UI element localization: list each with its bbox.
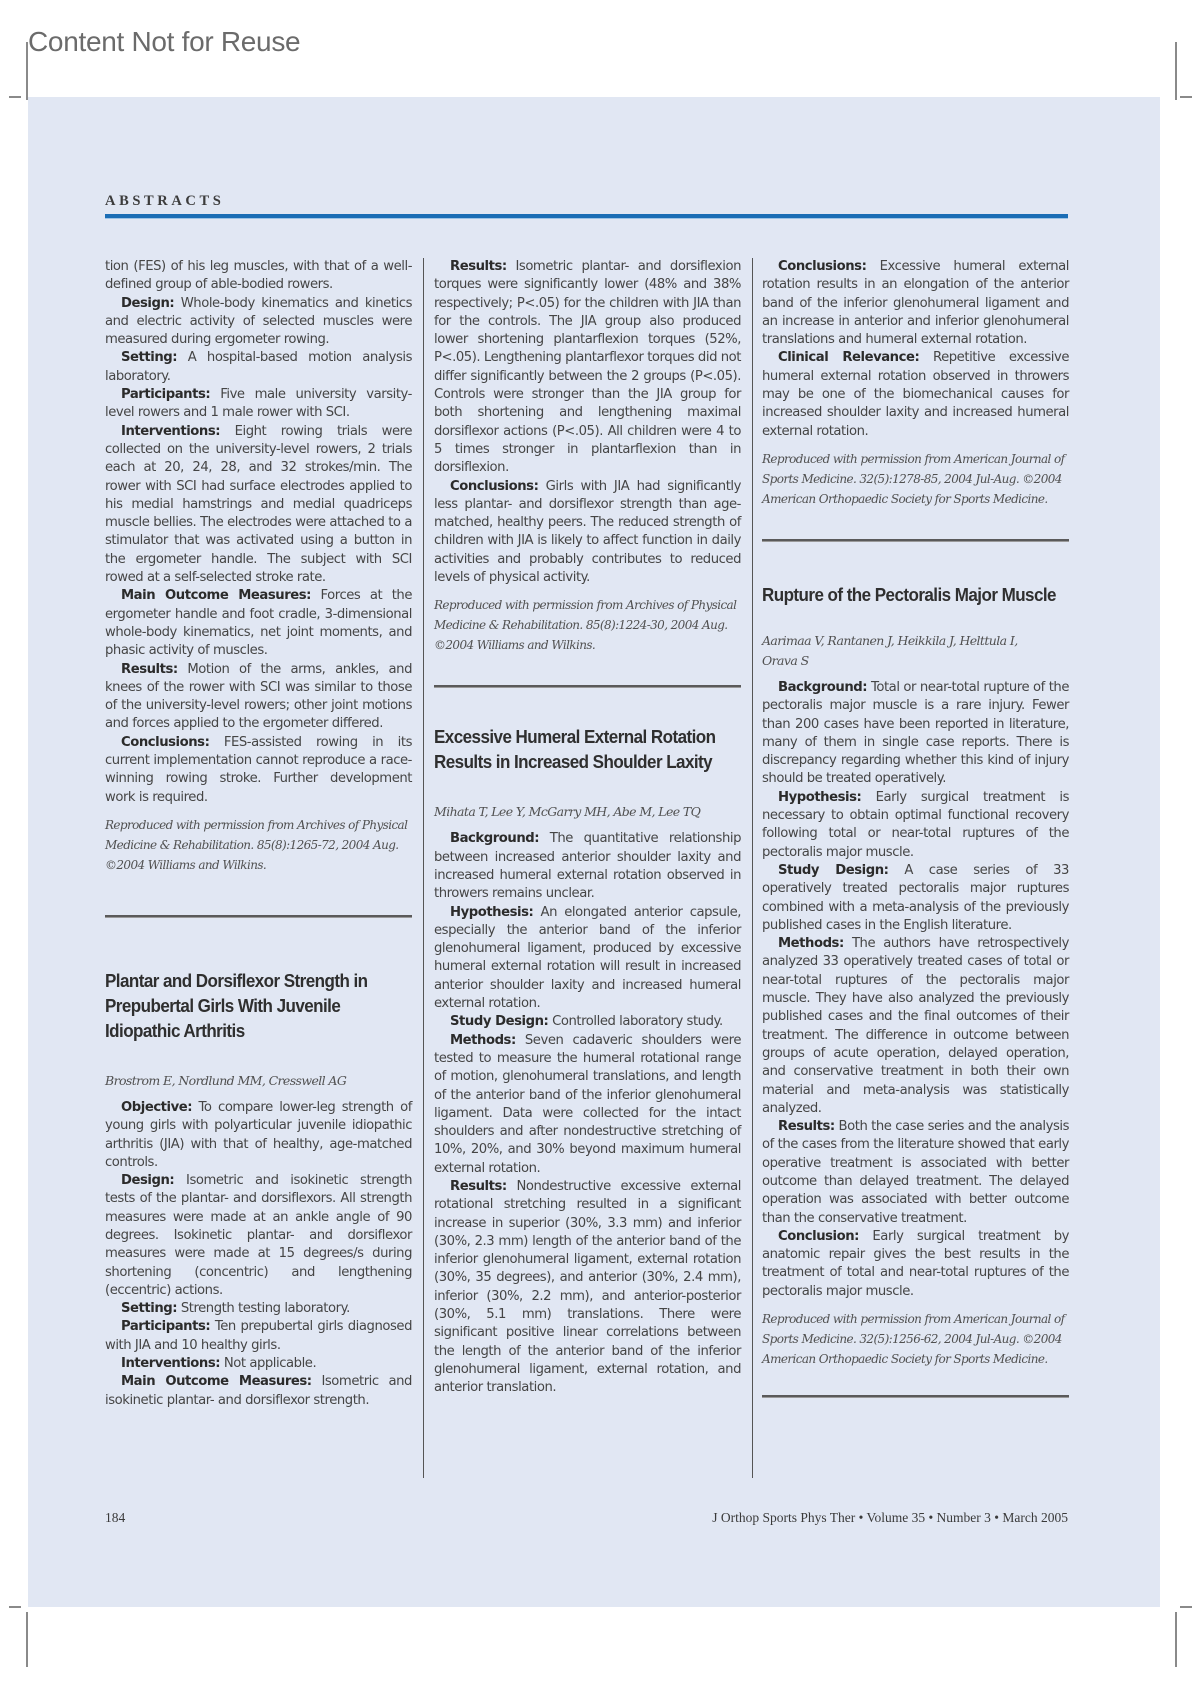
journal-citation-footer: J Orthop Sports Phys Ther • Volume 35 • …	[712, 1510, 1068, 1526]
article-authors: Brostrom E, Nordlund MM, Cresswell AG	[105, 1071, 412, 1091]
paragraph-label: Study Design:	[778, 863, 888, 878]
abstract-paragraph: Main Outcome Measures: Forces at the erg…	[105, 587, 412, 660]
article-title: Rupture of the Pectoralis Major Muscle	[762, 582, 1066, 607]
header-rule	[105, 214, 1068, 219]
paragraph-label: Conclusions:	[450, 479, 538, 494]
paragraph-label: Results:	[778, 1119, 835, 1134]
crop-mark	[1180, 96, 1192, 98]
abstract-paragraph: Setting: A hospital-based motion analysi…	[105, 349, 412, 386]
abstract-paragraph: Design: Isometric and isokinetic strengt…	[105, 1172, 412, 1300]
crop-mark	[1175, 1612, 1177, 1667]
paragraph-label: Design:	[121, 296, 174, 311]
paragraph-label: Main Outcome Measures:	[121, 588, 311, 603]
paragraph-label: Hypothesis:	[778, 790, 861, 805]
abstract-paragraph: Conclusion: Early surgical treatment by …	[762, 1228, 1069, 1301]
abstract-paragraph: Results: Both the case series and the an…	[762, 1118, 1069, 1228]
citation: Reproduced with permission from American…	[762, 1309, 1069, 1369]
crop-mark	[26, 42, 28, 100]
paragraph-label: Clinical Relevance:	[778, 350, 919, 365]
article-separator	[105, 915, 412, 918]
continued-text: tion (FES) of his leg muscles, with that…	[105, 258, 412, 295]
column-3: Conclusions: Excessive humeral external …	[762, 258, 1069, 1398]
abstract-paragraph: Interventions: Not applicable.	[105, 1355, 412, 1373]
paragraph-label: Main Outcome Measures:	[121, 1374, 312, 1389]
page-number: 184	[105, 1510, 125, 1526]
section-header: ABSTRACTS	[105, 193, 224, 210]
citation: Reproduced with permission from Archives…	[105, 815, 412, 875]
watermark: Content Not for Reuse	[28, 26, 300, 58]
column-divider	[752, 258, 753, 1478]
paragraph-label: Background:	[450, 831, 539, 846]
crop-mark	[26, 1612, 28, 1667]
abstract-paragraph: Results: Motion of the arms, ankles, and…	[105, 661, 412, 734]
abstract-paragraph: Participants: Five male university varsi…	[105, 386, 412, 423]
paragraph-label: Conclusions:	[778, 259, 866, 274]
abstract-paragraph: Clinical Relevance: Repetitive excessive…	[762, 349, 1069, 440]
column-divider	[423, 258, 424, 1478]
abstract-paragraph: Results: Nondestructive excessive extern…	[434, 1178, 741, 1398]
crop-mark	[9, 96, 21, 98]
column-2: Results: Isometric plantar- and dorsifle…	[434, 258, 741, 1398]
paragraph-label: Conclusions:	[121, 735, 209, 750]
paragraph-label: Participants:	[121, 387, 210, 402]
abstract-paragraph: Setting: Strength testing laboratory.	[105, 1300, 412, 1318]
abstract-paragraph: Methods: The authors have retrospectivel…	[762, 935, 1069, 1118]
paragraph-label: Conclusion:	[778, 1229, 859, 1244]
citation: Reproduced with permission from American…	[762, 449, 1069, 509]
abstract-paragraph: Interventions: Eight rowing trials were …	[105, 423, 412, 588]
paragraph-label: Results:	[121, 662, 178, 677]
paragraph-label: Design:	[121, 1173, 174, 1188]
crop-mark	[1180, 1606, 1192, 1608]
paragraph-label: Interventions:	[121, 424, 220, 439]
abstract-paragraph: Study Design: A case series of 33 operat…	[762, 862, 1069, 935]
article-separator	[762, 1395, 1069, 1398]
column-1: tion (FES) of his leg muscles, with that…	[105, 258, 412, 1410]
paragraph-label: Hypothesis:	[450, 905, 533, 920]
crop-mark	[9, 1606, 21, 1608]
paragraph-label: Results:	[450, 259, 507, 274]
abstract-paragraph: Results: Isometric plantar- and dorsifle…	[434, 258, 741, 478]
paragraph-label: Study Design:	[450, 1014, 548, 1029]
abstract-paragraph: Participants: Ten prepubertal girls diag…	[105, 1318, 412, 1355]
abstract-paragraph: Design: Whole-body kinematics and kineti…	[105, 295, 412, 350]
paragraph-label: Methods:	[778, 936, 844, 951]
citation: Reproduced with permission from Archives…	[434, 595, 741, 655]
abstract-paragraph: Hypothesis: Early surgical treatment is …	[762, 789, 1069, 862]
crop-mark	[1175, 42, 1177, 100]
paragraph-label: Interventions:	[121, 1356, 220, 1371]
abstract-paragraph: Conclusions: Girls with JIA had signific…	[434, 478, 741, 588]
abstract-paragraph: Conclusions: Excessive humeral external …	[762, 258, 1069, 349]
paragraph-label: Setting:	[121, 1301, 177, 1316]
abstract-paragraph: Main Outcome Measures: Isometric and iso…	[105, 1373, 412, 1410]
paragraph-label: Methods:	[450, 1033, 516, 1048]
paragraph-label: Objective:	[121, 1100, 192, 1115]
article-separator	[434, 685, 741, 688]
abstract-paragraph: Conclusions: FES-assisted rowing in its …	[105, 734, 412, 807]
abstract-paragraph: Methods: Seven cadaveric shoulders were …	[434, 1032, 741, 1178]
article-title: Plantar and Dorsiflexor Strength in Prep…	[105, 968, 409, 1043]
article-authors: Aarimaa V, Rantanen J, Heikkila J, Heltt…	[762, 631, 1022, 671]
abstract-paragraph: Background: The quantitative relationshi…	[434, 830, 741, 903]
abstract-paragraph: Study Design: Controlled laboratory stud…	[434, 1013, 741, 1031]
paragraph-label: Participants:	[121, 1319, 210, 1334]
article-authors: Mihata T, Lee Y, McGarry MH, Abe M, Lee …	[434, 802, 741, 822]
paragraph-label: Results:	[450, 1179, 507, 1194]
paragraph-label: Setting:	[121, 350, 177, 365]
article-title: Excessive Humeral External Rotation Resu…	[434, 724, 738, 774]
abstract-paragraph: Hypothesis: An elongated anterior capsul…	[434, 904, 741, 1014]
abstract-paragraph: Background: Total or near-total rupture …	[762, 679, 1069, 789]
paragraph-label: Background:	[778, 680, 867, 695]
abstract-paragraph: Objective: To compare lower-leg strength…	[105, 1099, 412, 1172]
article-separator	[762, 539, 1069, 542]
